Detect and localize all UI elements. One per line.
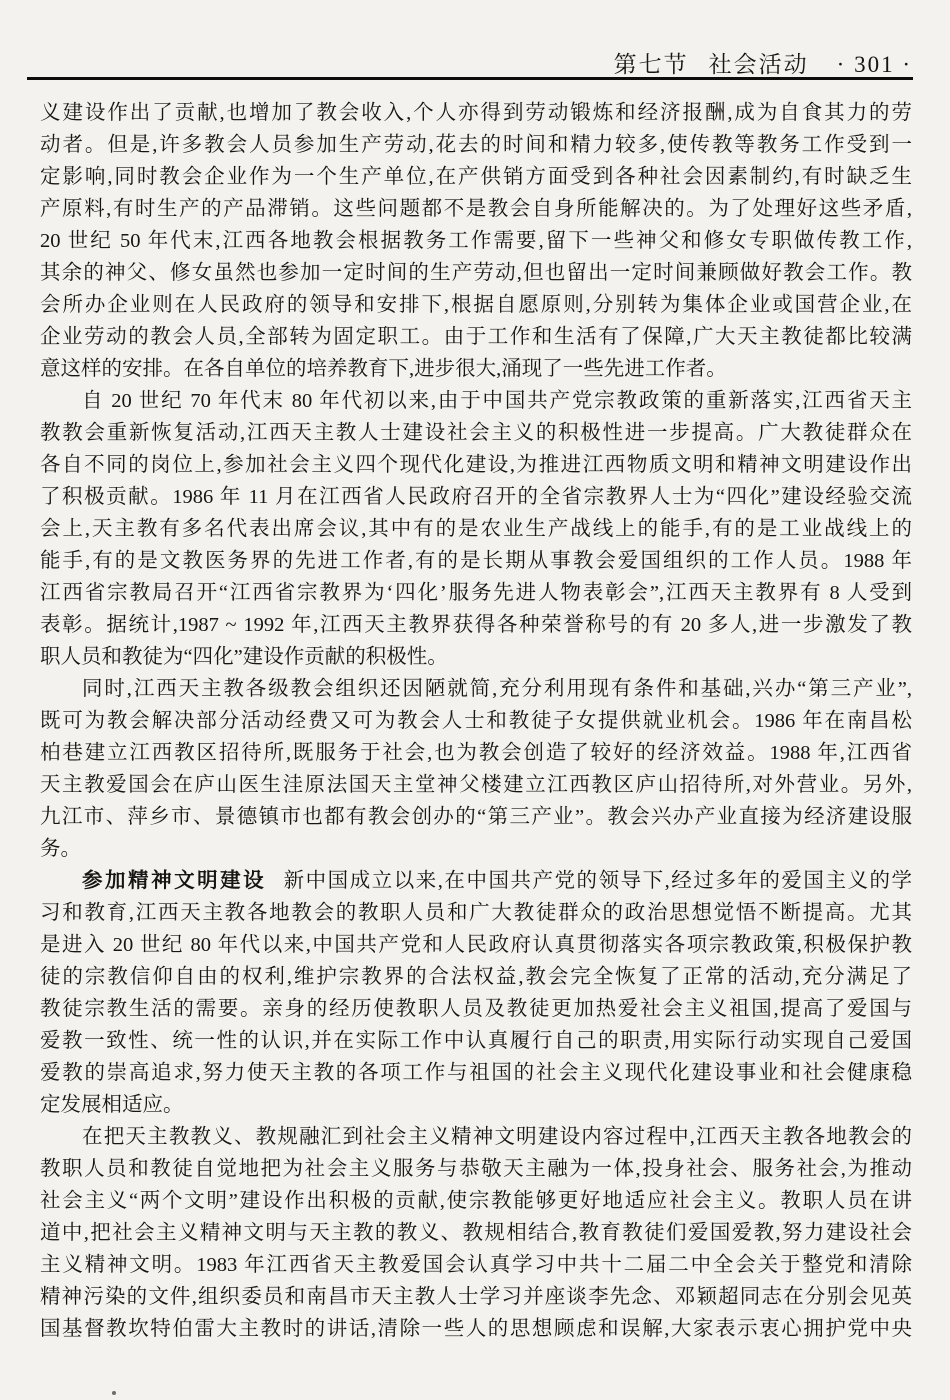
running-header: 第七节社会活动· 301 ·: [40, 46, 912, 79]
scanned-book-page: 第七节社会活动· 301 · 义建设作出了贡献,也增加了教会收入,个人亦得到劳动…: [0, 0, 950, 1400]
text-line: 产原料,有时生产的产品滞销。这些问题都不是教会自身所能解决的。为了处理好这些矛盾…: [40, 193, 912, 225]
page-number: · 301 ·: [837, 52, 912, 77]
text-line: 习和教育,江西天主教各地教会的教职人员和广大教徒群众的政治思想觉悟不断提高。尤其: [40, 897, 912, 929]
text-line: 20 世纪 50 年代末,江西各地教会根据教务工作需要,留下一些神父和修女专职做…: [40, 225, 912, 257]
text-line: 国基督教坎特伯雷大主教时的讲话,清除一些人的思想顾虑和误解,大家表示衷心拥护党中…: [40, 1313, 912, 1345]
text-line: 各自不同的岗位上,参加社会主义四个现代化建设,为推进江西物质文明和精神文明建设作…: [40, 449, 912, 481]
text-line: 同时,江西天主教各级教会组织还因陋就简,充分利用现有条件和基础,兴办“第三产业”…: [40, 673, 912, 705]
text-line: 其余的神父、修女虽然也参加一定时间的生产劳动,但也留出一定时间兼顾做好教会工作。…: [40, 257, 912, 289]
text-line: 会所办企业则在人民政府的领导和安排下,根据自愿原则,分别转为集体企业或国营企业,…: [40, 289, 912, 321]
text-line: 企业劳动的教会人员,全部转为固定职工。由于工作和生活有了保障,广大天主教徒都比较…: [40, 321, 912, 353]
text-line: 在把天主教教义、教规融汇到社会主义精神文明建设内容过程中,江西天主教各地教会的: [40, 1121, 912, 1153]
text-line: 江西省宗教局召开“江西省宗教界为‘四化’服务先进人物表彰会”,江西天主教界有 8…: [40, 577, 912, 609]
text-line: 天主教爱国会在庐山医生洼原法国天主堂神父楼建立江西教区庐山招待所,对外营业。另外…: [40, 769, 912, 801]
text-line: 意这样的安排。在各自单位的培养教育下,进步很大,涌现了一些先进工作者。: [40, 353, 912, 385]
text-line: 道中,把社会主义精神文明与天主教的教义、教规相结合,教育教徒们爱国爱教,努力建设…: [40, 1217, 912, 1249]
text-line: 定发展相适应。: [40, 1089, 912, 1121]
text-line: 职人员和教徒为“四化”建设作贡献的积极性。: [40, 641, 912, 673]
text-line: 能手,有的是文教医务界的先进工作者,有的是长期从事教会爱国组织的工作人员。198…: [40, 545, 912, 577]
text-line: 务。: [40, 833, 912, 865]
text-line: 了积极贡献。1986 年 11 月在江西省人民政府召开的全省宗教界人士为“四化”…: [40, 481, 912, 513]
text-line: 表彰。据统计,1987 ~ 1992 年,江西天主教界获得各种荣誉称号的有 20…: [40, 609, 912, 641]
text-line: 教职人员和教徒自觉地把为社会主义服务与恭敬天主融为一体,投身社会、服务社会,为推…: [40, 1153, 912, 1185]
text-line: 参加精神文明建设新中国成立以来,在中国共产党的领导下,经过多年的爱国主义的学: [40, 865, 912, 897]
text-line: 柏巷建立江西教区招待所,既服务于社会,也为教会创造了较好的经济效益。1988 年…: [40, 737, 912, 769]
header-rule: [27, 77, 913, 80]
scan-speck: [112, 1391, 116, 1395]
text-line: 动者。但是,许多教会人员参加生产劳动,花去的时间和精力较多,使传教等教务工作受到…: [40, 129, 912, 161]
text-line: 既可为教会解决部分活动经费又可为教会人士和教徒子女提供就业机会。1986 年在南…: [40, 705, 912, 737]
text-line: 爱教一致性、统一性的认识,并在实际工作中认真履行自己的职责,用实际行动实现自己爱…: [40, 1025, 912, 1057]
text-line: 教教会重新恢复活动,江西天主教人士建设社会主义的积极性进一步提高。广大教徒群众在: [40, 417, 912, 449]
body-text: 义建设作出了贡献,也增加了教会收入,个人亦得到劳动锻炼和经济报酬,成为自食其力的…: [40, 97, 912, 1345]
text-line: 自 20 世纪 70 年代末 80 年代初以来,由于中国共产党宗教政策的重新落实…: [40, 385, 912, 417]
text-line: 会上,天主教有多名代表出席会议,其中有的是农业生产战线上的能手,有的是工业战线上…: [40, 513, 912, 545]
text-line: 义建设作出了贡献,也增加了教会收入,个人亦得到劳动锻炼和经济报酬,成为自食其力的…: [40, 97, 912, 129]
text-line: 精神污染的文件,组织委员和南昌市天主教人士学习并座谈李先念、邓颖超同志在分别会见…: [40, 1281, 912, 1313]
text-line: 徒的宗教信仰自由的权利,维护宗教界的合法权益,教会完全恢复了正常的活动,充分满足…: [40, 961, 912, 993]
text-line: 九江市、萍乡市、景德镇市也都有教会创办的“第三产业”。教会兴办产业直接为经济建设…: [40, 801, 912, 833]
section-title: 社会活动: [709, 52, 809, 77]
text-line: 是进入 20 世纪 80 年代以来,中国共产党和人民政府认真贯彻落实各项宗教政策…: [40, 929, 912, 961]
text-line: 定影响,同时教会企业作为一个生产单位,在产供销方面受到各种社会因素制约,有时缺乏…: [40, 161, 912, 193]
section-number: 第七节: [614, 52, 689, 77]
paragraph-bold-lead: 参加精神文明建设: [82, 869, 266, 892]
text-line: 爱教的崇高追求,努力使天主教的各项工作与祖国的社会主义现代化建设事业和社会健康稳: [40, 1057, 912, 1089]
text-line: 教徒宗教生活的需要。亲身的经历使教职人员及教徒更加热爱社会主义祖国,提高了爱国与: [40, 993, 912, 1025]
text-line: 主义精神文明。1983 年江西省天主教爱国会认真学习中共十二届二中全会关于整党和…: [40, 1249, 912, 1281]
text-line: 社会主义“两个文明”建设作出积极的贡献,使宗教能够更好地适应社会主义。教职人员在…: [40, 1185, 912, 1217]
